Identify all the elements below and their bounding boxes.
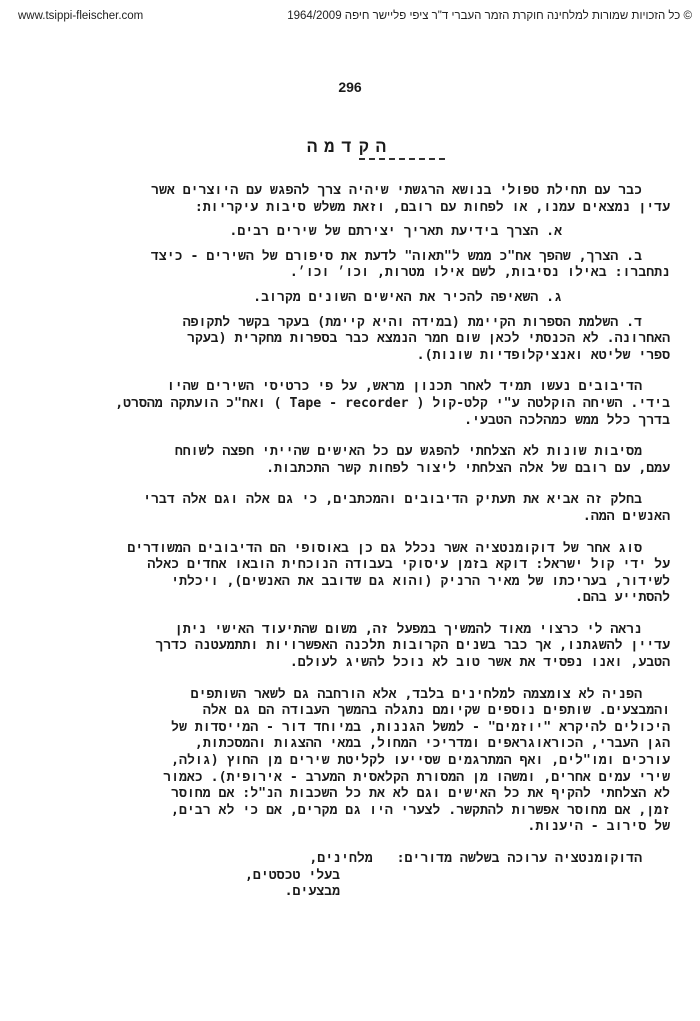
- text-line: שירי עמים אחרים, ומשהו מן המסורת הקלאסית…: [38, 770, 670, 787]
- text-line: כבר עם תחילת טפולי בנושא הרגשתי שיהיה צר…: [38, 183, 670, 200]
- document-title: הקדמה: [0, 137, 700, 158]
- copyright-notice: © כל הזכויות שמורות למלחינה חוקרת הזמר ה…: [287, 10, 692, 22]
- text-line: הגן העברי, הכוראוגראפים ומדריכי המחול, ב…: [38, 736, 670, 753]
- text-line: לא הצלחתי להקיף את כל האישים וגם לא את כ…: [38, 786, 670, 803]
- page-header: www.tsippi-fleischer.com © כל הזכויות שמ…: [0, 10, 700, 28]
- text-line: האנשים המה.: [38, 509, 670, 526]
- text-line: הפניה לא צומצמה למלחינים בלבד, אלא הורחב…: [38, 687, 670, 704]
- text-line: עדין נמצאים עמנו, או לפחות עם רובם, וזאת…: [38, 200, 670, 217]
- closing-lead: הדוקומנטציה ערוכה בשלשה מדורים:: [397, 851, 642, 866]
- text-line: והמבצעים. שותפים נוספים שקיומם נתגלה בהמ…: [38, 703, 670, 720]
- text-line: מסיבות שונות לא הצלחתי להפגש עם כל האישי…: [38, 444, 670, 461]
- text-line: ב. הצרך, שהפך אח"כ ממש ל"תאוה" לדעת את ס…: [38, 249, 670, 266]
- text-line: עדיין להשגתנו, אך כבר בשנים הקרובות תלכנ…: [38, 638, 670, 655]
- text-line: על ידי קול ישראל: דוקא בזמן עיסוקי בעבוד…: [38, 557, 670, 574]
- text-line: בחלק זה אביא את תעתיק הדיבובים והמכתבים,…: [38, 492, 670, 509]
- closing-line: הדוקומנטציה ערוכה בשלשה מדורים: מלחינים,: [38, 851, 670, 868]
- text-line: הדיבובים נעשו תמיד לאחר תכנון מראש, על פ…: [38, 379, 670, 396]
- list-item-bet: ב. הצרך, שהפך אח"כ ממש ל"תאוה" לדעת את ס…: [38, 249, 670, 282]
- text-line: האחרונה. לא הכנסתי לכאן שום חמר הנמצא כב…: [38, 331, 670, 348]
- text-line: של סירוב - היענות.: [38, 819, 670, 836]
- paragraph-recordings: הדיבובים נעשו תמיד לאחר תכנון מראש, על פ…: [38, 379, 670, 429]
- section-lyricists: בעלי טכסטים,: [38, 868, 670, 885]
- title-underline: [359, 158, 445, 160]
- paragraph-scope: הפניה לא צומצמה למלחינים בלבד, אלא הורחב…: [38, 687, 670, 836]
- list-item-gimel: ג. השאיפה להכיר את האישים השונים מקרוב.: [38, 290, 670, 307]
- paragraph-radio: סוג אחר של דוקומנטציה אשר נכלל גם כן באו…: [38, 541, 670, 607]
- section-composers: מלחינים,: [309, 851, 372, 866]
- text-line: היכולים להיקרא "יוזמים" - למשל הגננות, ב…: [38, 720, 670, 737]
- paragraph-intro: כבר עם תחילת טפולי בנושא הרגשתי שיהיה צר…: [38, 183, 670, 216]
- text-line: א. הצרך בידיעת תאריך יצירתם של שירים רבי…: [38, 224, 670, 241]
- section-performers: מבצעים.: [38, 884, 670, 901]
- text-line: ד. השלמת הספרות הקיימת (במידה והיא קיימת…: [38, 315, 670, 332]
- website-link[interactable]: www.tsippi-fleischer.com: [18, 10, 143, 22]
- text-line: עמם, עם רובם של אלה הצלחתי ליצור לפחות ק…: [38, 461, 670, 478]
- text-line: עורכים ומו"לים, ואף המתרגמים שסייעו לקלי…: [38, 753, 670, 770]
- text-line: בידי. השיחה הוקלטה ע"י קלט-קול ( Tape - …: [38, 396, 670, 413]
- text-line: הטבע, ואנו נפסיד את אשר טוב לא נוכל להשי…: [38, 655, 670, 672]
- list-item-dalet: ד. השלמת הספרות הקיימת (במידה והיא קיימת…: [38, 315, 670, 365]
- text-line: ספרי שליטא ואנציקלופדיות שונות).: [38, 348, 670, 365]
- text-line: זמן, אם מחוסר אפשרות להתקשר. לצערי היו ג…: [38, 803, 670, 820]
- list-item-alef: א. הצרך בידיעת תאריך יצירתם של שירים רבי…: [38, 224, 670, 241]
- text-line: לשידור, בעריכתו של מאיר הרניק (והוא גם ש…: [38, 574, 670, 591]
- paragraph-reasons: מסיבות שונות לא הצלחתי להפגש עם כל האישי…: [38, 444, 670, 477]
- text-line: נתחברו: באילו נסיבות, לשם אילו מטרות, וכ…: [38, 265, 670, 282]
- text-line: סוג אחר של דוקומנטציה אשר נכלל גם כן באו…: [38, 541, 670, 558]
- closing-sections: הדוקומנטציה ערוכה בשלשה מדורים: מלחינים,…: [38, 851, 670, 901]
- paragraph-transcripts: בחלק זה אביא את תעתיק הדיבובים והמכתבים,…: [38, 492, 670, 525]
- document-body: כבר עם תחילת טפולי בנושא הרגשתי שיהיה צר…: [38, 183, 670, 901]
- paragraph-continuation: נראה לי כרצוי מאוד להמשיך במפעל זה, משום…: [38, 622, 670, 672]
- text-line: נראה לי כרצוי מאוד להמשיך במפעל זה, משום…: [38, 622, 670, 639]
- page-number: 296: [0, 79, 700, 95]
- text-line: ג. השאיפה להכיר את האישים השונים מקרוב.: [38, 290, 670, 307]
- text-line: בדרך כלל ממש כמהלכה הטבעי.: [38, 413, 670, 430]
- text-line: להסתייע בהם.: [38, 590, 670, 607]
